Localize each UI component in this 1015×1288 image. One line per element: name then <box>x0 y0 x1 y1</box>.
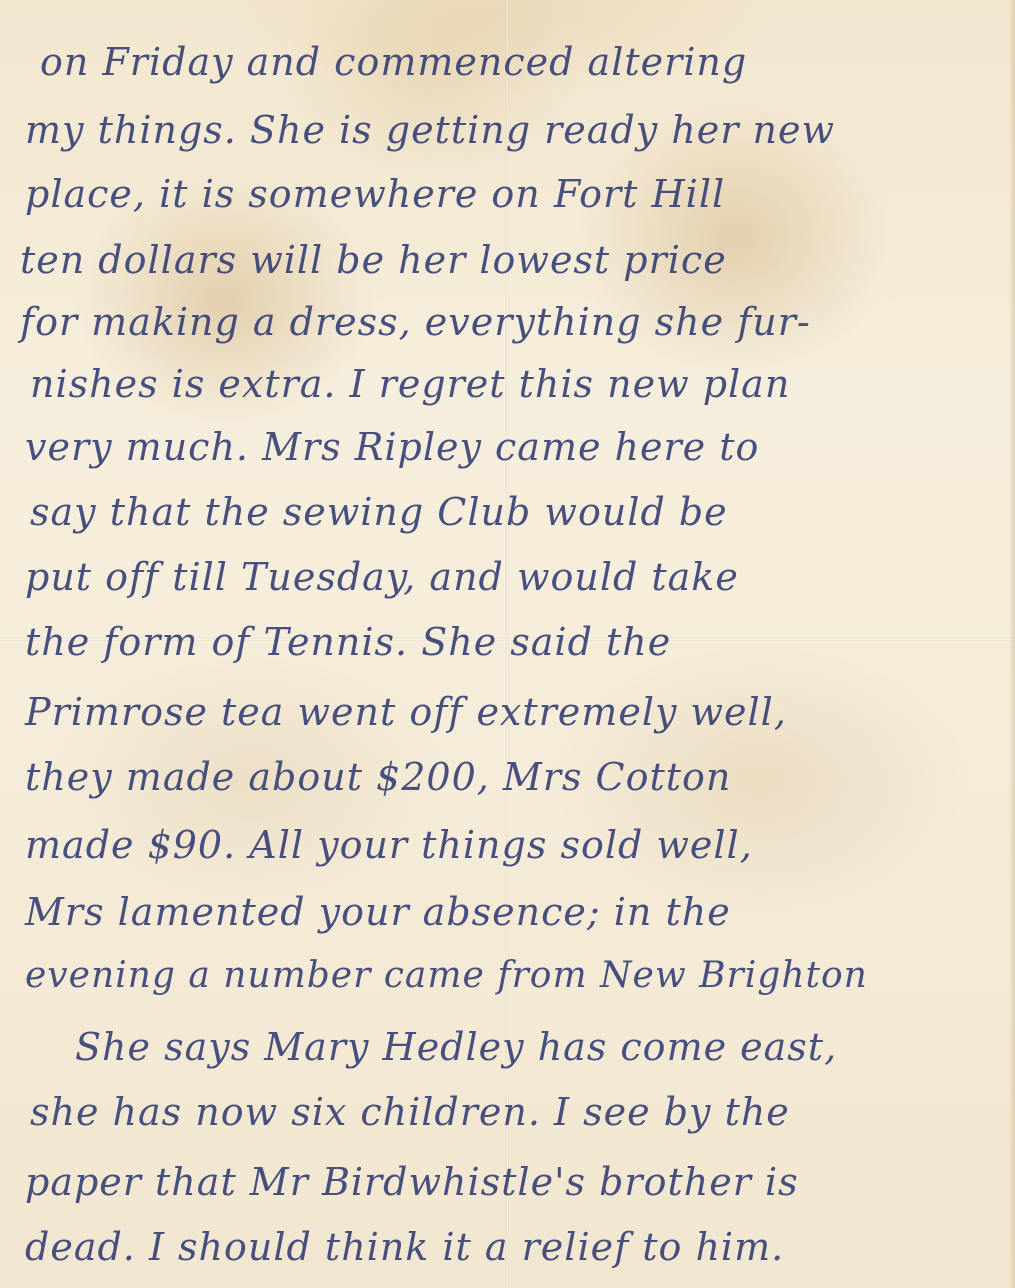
letter-page: on Friday and commenced altering my thin… <box>0 0 1015 1288</box>
letter-line-2: my things. She is getting ready her new <box>25 108 835 152</box>
letter-line-18: paper that Mr Birdwhistle's brother is <box>25 1160 799 1204</box>
letter-line-3: place, it is somewhere on Fort Hill <box>25 172 725 216</box>
letter-line-16: She says Mary Hedley has come east, <box>75 1025 837 1069</box>
letter-line-13: made $90. All your things sold well, <box>25 823 753 867</box>
letter-line-10: the form of Tennis. She said the <box>25 620 671 664</box>
letter-line-12: they made about $200, Mrs Cotton <box>25 755 731 799</box>
letter-line-17: she has now six children. I see by the <box>30 1090 790 1134</box>
letter-line-8: say that the sewing Club would be <box>30 490 728 534</box>
letter-line-4: ten dollars will be her lowest price <box>20 238 727 282</box>
letter-line-1: on Friday and commenced altering <box>40 40 747 84</box>
letter-line-15: evening a number came from New Brighton <box>25 955 868 996</box>
letter-line-5: for making a dress, everything she fur- <box>20 300 811 344</box>
handwritten-text: on Friday and commenced altering my thin… <box>0 0 1015 1288</box>
letter-line-6: nishes is extra. I regret this new plan <box>30 362 790 406</box>
letter-line-11: Primrose tea went off extremely well, <box>25 690 787 734</box>
letter-line-19: dead. I should think it a relief to him. <box>25 1225 784 1269</box>
letter-line-7: very much. Mrs Ripley came here to <box>25 425 759 469</box>
letter-line-9: put off till Tuesday, and would take <box>25 555 739 599</box>
letter-line-14: Mrs lamented your absence; in the <box>25 890 731 934</box>
